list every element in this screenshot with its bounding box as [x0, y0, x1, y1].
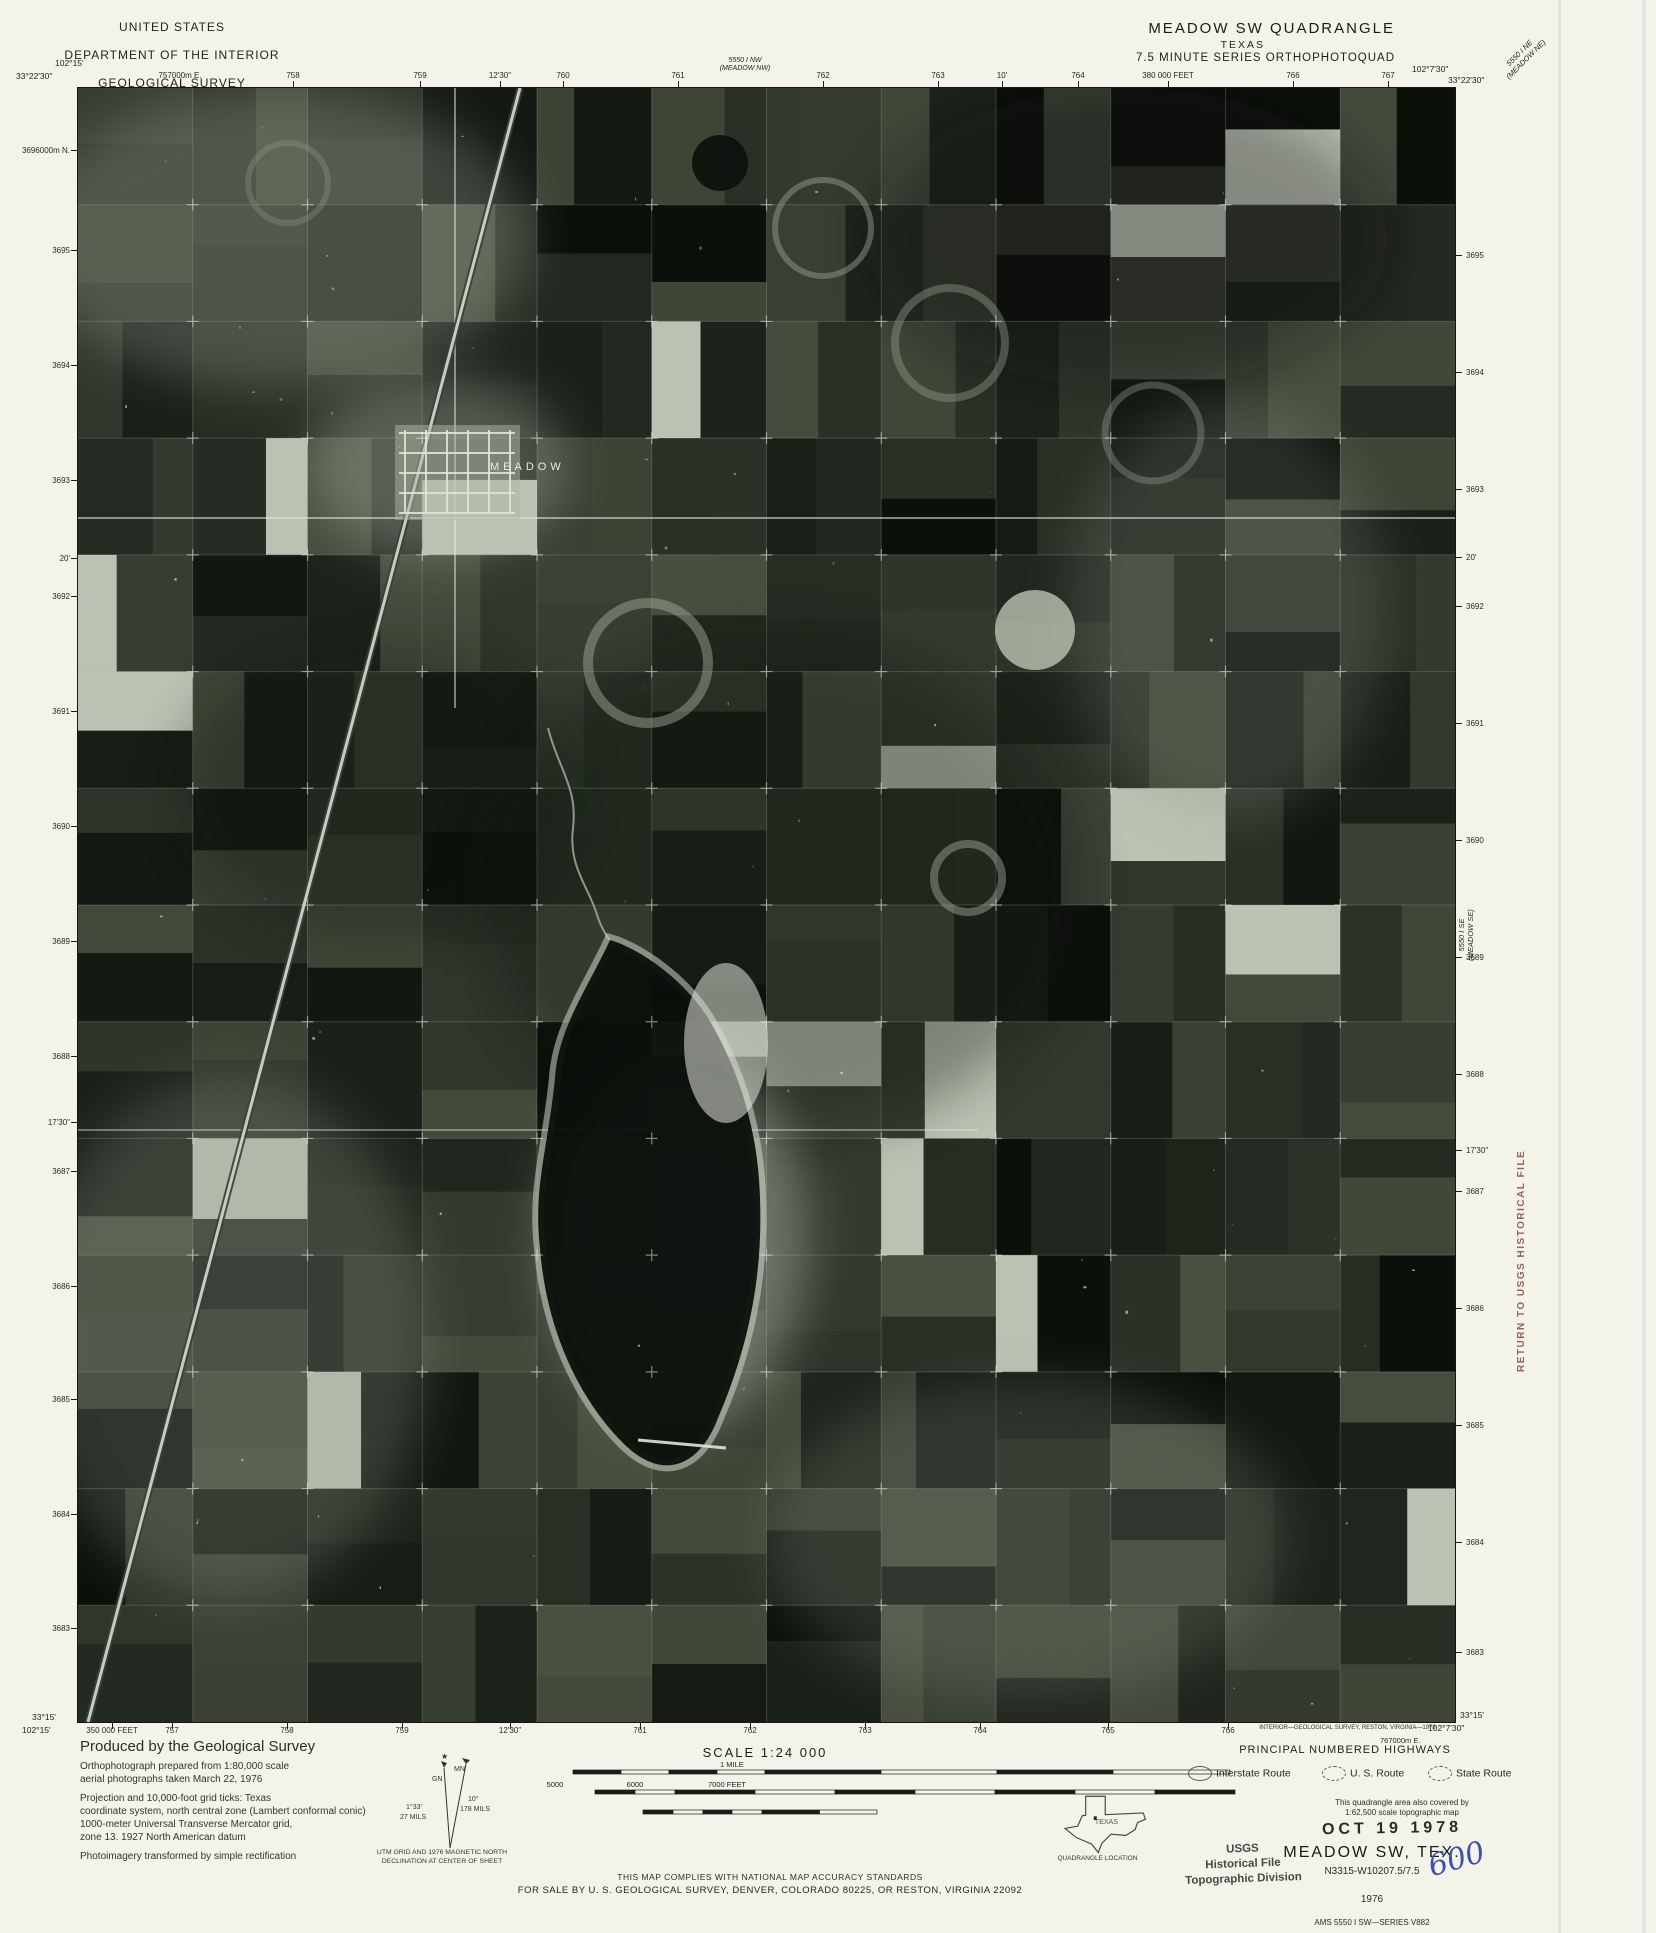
- edge-tick-left: 3684: [0, 1510, 70, 1519]
- tick-mark-right: [1455, 957, 1462, 958]
- tick-mark-right: [1455, 255, 1462, 256]
- tick-mark-top: [823, 81, 824, 88]
- tick-mark-bottom: [172, 1722, 173, 1729]
- tick-mark-left: [71, 1286, 78, 1287]
- edge-tick-left: 3689: [0, 937, 70, 946]
- tick-mark-left: [71, 941, 78, 942]
- quad-state: TEXAS: [960, 39, 1395, 51]
- tick-mark-bottom: [980, 1722, 981, 1729]
- edge-tick-top: 380 000 FEET: [1142, 71, 1194, 80]
- tick-mark-left: [71, 250, 78, 251]
- corner-bottom-left-lon: 102°15': [22, 1725, 51, 1735]
- edge-tick-left: 3687: [0, 1167, 70, 1176]
- tick-mark-top: [1293, 81, 1294, 88]
- quadrangle-location-map: TEXAS: [1042, 1795, 1157, 1855]
- tick-mark-bottom: [112, 1722, 113, 1729]
- edge-tick-left: 20': [0, 554, 70, 563]
- edge-tick-top: 759: [413, 71, 426, 80]
- declination-diagram: ★ MN GN 1°33' 27 MILS 10° 178 MILS: [398, 1752, 518, 1852]
- quad-title: MEADOW SW QUADRANGLE: [960, 20, 1395, 37]
- edge-tick-left: 3693: [0, 476, 70, 485]
- us-route-shield-icon: [1322, 1766, 1346, 1781]
- edge-tick-top: 760: [556, 71, 569, 80]
- tick-mark-left: [71, 150, 78, 151]
- edge-tick-left: 3690: [0, 822, 70, 831]
- production-note-2: Projection and 10,000-foot grid ticks: T…: [80, 1792, 366, 1844]
- edge-tick-right: 3695: [1466, 251, 1484, 260]
- edge-tick-top: 762: [816, 71, 829, 80]
- edge-tick-right: 3685: [1466, 1421, 1484, 1430]
- tick-mark-top: [563, 81, 564, 88]
- tick-mark-right: [1455, 1074, 1462, 1075]
- edge-tick-left: 3694: [0, 361, 70, 370]
- adjoining-quad-east: 5550 I SE (MEADOW SE): [1458, 860, 1475, 1010]
- tick-mark-top: [500, 81, 501, 88]
- sheet-year: 1976: [1222, 1894, 1522, 1905]
- svg-text:6000: 6000: [627, 1780, 644, 1789]
- tick-mark-bottom: [510, 1722, 511, 1729]
- interior-credit-line: INTERIOR—GEOLOGICAL SURVEY, RESTON, VIRG…: [1240, 1725, 1455, 1731]
- tick-mark-left: [71, 1514, 78, 1515]
- agency-line1: UNITED STATES: [119, 20, 225, 34]
- tick-mark-left: [71, 480, 78, 481]
- edge-tick-right: 3684: [1466, 1538, 1484, 1547]
- tick-mark-right: [1455, 723, 1462, 724]
- edge-tick-top: 766: [1286, 71, 1299, 80]
- edge-tick-right: 3688: [1466, 1070, 1484, 1079]
- corner-top-right-lat: 33°22'30": [1448, 75, 1484, 85]
- svg-text:7000 FEET: 7000 FEET: [708, 1780, 746, 1789]
- edge-tick-right: 20': [1466, 553, 1476, 562]
- town-label-meadow: MEADOW: [490, 461, 565, 473]
- scan-artifact-band: [1642, 0, 1646, 1933]
- edge-tick-right: 3692: [1466, 602, 1484, 611]
- tick-mark-right: [1455, 1425, 1462, 1426]
- edge-tick-left: 3686: [0, 1282, 70, 1291]
- edge-tick-top: 763: [931, 71, 944, 80]
- tick-mark-right: [1455, 1542, 1462, 1543]
- edge-tick-left: 3696000m N.: [0, 146, 70, 155]
- edge-tick-top: 758: [286, 71, 299, 80]
- svg-text:1 MILE: 1 MILE: [720, 1760, 744, 1769]
- tick-mark-bottom: [1228, 1722, 1229, 1729]
- return-to-usgs-stamp: RETURN TO USGS HISTORICAL FILE: [1516, 1150, 1527, 1372]
- gn-declination-value: 1°33': [406, 1804, 422, 1811]
- adjoining-quad-north: 5550 I NW (MEADOW NW): [700, 57, 790, 73]
- svg-text:TEXAS: TEXAS: [1095, 1818, 1119, 1826]
- scan-artifact-band: [1558, 0, 1561, 1933]
- edge-tick-left: 3691: [0, 707, 70, 716]
- tick-mark-top: [420, 81, 421, 88]
- edge-tick-top: 12'30": [489, 71, 511, 80]
- tick-mark-bottom: [865, 1722, 866, 1729]
- edge-tick-top: 10': [997, 71, 1007, 80]
- corner-top-left-lon: 102°15': [55, 58, 84, 68]
- easting-767-label: 767000m E.: [1380, 1736, 1420, 1745]
- corner-top-right-lon: 102°7'30": [1412, 64, 1448, 74]
- scale-bars-graphic: 1½01 MILE1000010002000300040005000600070…: [520, 1758, 1280, 1824]
- us-route-label: U. S. Route: [1350, 1767, 1404, 1779]
- tick-mark-right: [1455, 1652, 1462, 1653]
- tick-mark-left: [71, 1399, 78, 1400]
- orthophoto-imagery: MEADOW: [78, 88, 1455, 1722]
- edge-tick-right: 17'30": [1466, 1146, 1488, 1155]
- tick-mark-left: [71, 711, 78, 712]
- corner-bottom-left-lat: 33°15': [32, 1712, 56, 1722]
- coverage-note: This quadrangle area also covered by 1:6…: [1292, 1798, 1512, 1818]
- tick-mark-left: [71, 826, 78, 827]
- legend-us-route: U. S. Route: [1322, 1766, 1404, 1781]
- tick-mark-left: [71, 558, 78, 559]
- tick-mark-right: [1455, 840, 1462, 841]
- highways-legend-title: PRINCIPAL NUMBERED HIGHWAYS: [1180, 1744, 1510, 1756]
- sheet-series-id: AMS 5550 I SW—SERIES V882: [1222, 1918, 1522, 1927]
- edge-tick-right: 3691: [1466, 719, 1484, 728]
- magnetic-north-label: MN: [454, 1766, 465, 1773]
- edge-tick-right: 3693: [1466, 485, 1484, 494]
- tick-mark-bottom: [640, 1722, 641, 1729]
- texas-outline-icon: TEXAS: [1042, 1795, 1157, 1855]
- tick-mark-left: [71, 1628, 78, 1629]
- edge-tick-top: 767: [1381, 71, 1394, 80]
- mn-declination-mils: 178 MILS: [460, 1806, 490, 1813]
- tick-mark-left: [71, 1056, 78, 1057]
- state-route-label: State Route: [1456, 1767, 1511, 1779]
- edge-tick-top: 764: [1071, 71, 1084, 80]
- adjoining-quad-northeast: 5550 I NE (MEADOW NE): [1485, 19, 1561, 95]
- edge-tick-right: 3694: [1466, 368, 1484, 377]
- grid-north-label: GN: [432, 1776, 443, 1783]
- quadrangle-location-caption: QUADRANGLE LOCATION: [1030, 1855, 1165, 1862]
- production-note-1: Orthophotograph prepared from 1:80,000 s…: [80, 1760, 289, 1786]
- tick-mark-right: [1455, 1308, 1462, 1309]
- tick-mark-right: [1455, 1191, 1462, 1192]
- tick-mark-left: [71, 1171, 78, 1172]
- tick-mark-right: [1455, 489, 1462, 490]
- edge-tick-left: 17'30": [0, 1118, 70, 1127]
- production-note-3: Photoimagery transformed by simple recti…: [80, 1850, 296, 1863]
- edge-tick-right: 3683: [1466, 1648, 1484, 1657]
- tick-mark-bottom: [402, 1722, 403, 1729]
- edge-tick-left: 3692: [0, 592, 70, 601]
- for-sale-line: FOR SALE BY U. S. GEOLOGICAL SURVEY, DEN…: [420, 1885, 1120, 1896]
- edge-tick-right: 3686: [1466, 1304, 1484, 1313]
- gn-declination-mils: 27 MILS: [400, 1814, 426, 1821]
- legend-interstate-route: Interstate Route: [1188, 1766, 1291, 1781]
- tick-mark-top: [938, 81, 939, 88]
- edge-tick-right: 3689: [1466, 953, 1484, 962]
- legend-state-route: State Route: [1428, 1766, 1511, 1781]
- tick-mark-top: [1078, 81, 1079, 88]
- tick-mark-right: [1455, 1150, 1462, 1151]
- edge-tick-left: 3695: [0, 246, 70, 255]
- tick-mark-right: [1455, 606, 1462, 607]
- edge-tick-left: 3685: [0, 1395, 70, 1404]
- svg-text:★: ★: [441, 1752, 448, 1761]
- edge-tick-right: 3690: [1466, 836, 1484, 845]
- agency-line2: DEPARTMENT OF THE INTERIOR: [64, 48, 279, 62]
- produced-by-heading: Produced by the Geological Survey: [80, 1738, 315, 1755]
- tick-mark-top: [1002, 81, 1003, 88]
- tick-mark-bottom: [750, 1722, 751, 1729]
- tick-mark-top: [678, 81, 679, 88]
- declination-caption: UTM GRID AND 1976 MAGNETIC NORTH DECLINA…: [312, 1849, 572, 1866]
- mn-declination-value: 10°: [468, 1796, 479, 1803]
- tick-mark-top: [1168, 81, 1169, 88]
- edge-tick-top: 761: [671, 71, 684, 80]
- tick-mark-bottom: [287, 1722, 288, 1729]
- tick-mark-left: [71, 365, 78, 366]
- edge-tick-top: 757000m E.: [158, 71, 201, 80]
- accuracy-standards-line: THIS MAP COMPLIES WITH NATIONAL MAP ACCU…: [420, 1872, 1120, 1882]
- tick-mark-left: [71, 596, 78, 597]
- svg-text:5000: 5000: [547, 1780, 564, 1789]
- tick-mark-top: [293, 81, 294, 88]
- tick-mark-bottom: [1108, 1722, 1109, 1729]
- quad-series-line: 7.5 MINUTE SERIES ORTHOPHOTOQUAD: [960, 52, 1395, 64]
- tick-mark-right: [1455, 557, 1462, 558]
- interstate-shield-icon: [1188, 1766, 1212, 1781]
- tick-mark-left: [71, 1122, 78, 1123]
- date-stamp: OCT 19 1978: [1322, 1819, 1462, 1839]
- usgs-orthophotoquad-sheet: UNITED STATES DEPARTMENT OF THE INTERIOR…: [0, 0, 1656, 1933]
- tick-mark-top: [180, 81, 181, 88]
- corner-bottom-right-lat: 33°15': [1460, 1710, 1484, 1720]
- orthophoto-map-area: MEADOW: [78, 88, 1455, 1722]
- edge-tick-right: 3687: [1466, 1187, 1484, 1196]
- tick-mark-top: [1388, 81, 1389, 88]
- corner-top-left-lat: 33°22'30": [16, 71, 52, 81]
- state-route-shield-icon: [1428, 1766, 1452, 1781]
- interstate-route-label: Interstate Route: [1216, 1767, 1291, 1779]
- scale-bars: 1½01 MILE1000010002000300040005000600070…: [520, 1758, 1280, 1824]
- edge-tick-left: 3688: [0, 1052, 70, 1061]
- tick-mark-right: [1455, 372, 1462, 373]
- edge-tick-left: 3683: [0, 1624, 70, 1633]
